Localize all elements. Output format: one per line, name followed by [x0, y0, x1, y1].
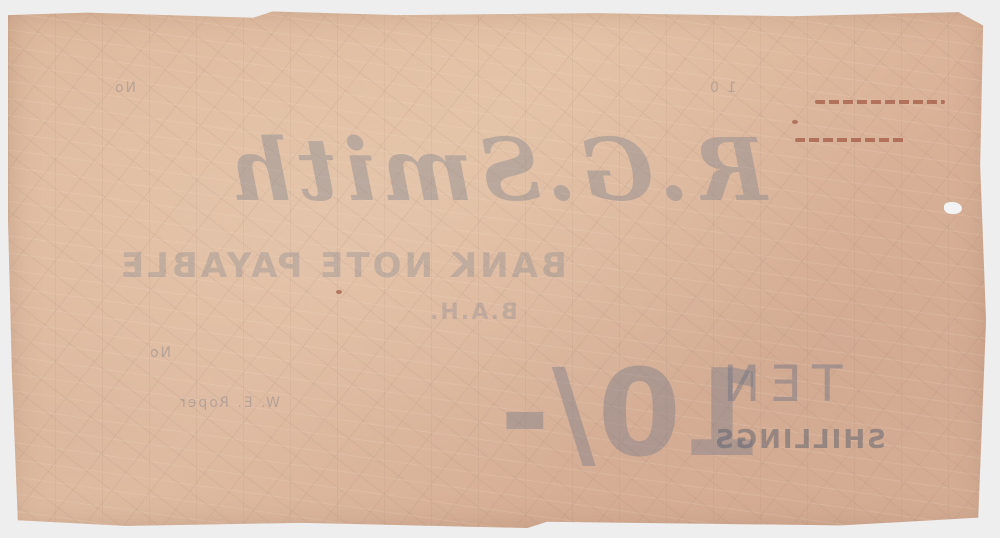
ghost-amount-word: TEN	[713, 355, 843, 413]
ink-spot	[792, 120, 798, 124]
ghost-band-text: BANK NOTE PAYABLE	[118, 246, 567, 286]
banknote-paper: No 1 0 R.G.Smith BANK NOTE PAYABLE B.A.H…	[8, 10, 988, 528]
ghost-signature-line: W. E. Roper	[178, 395, 280, 411]
ghost-top-left-text: No	[113, 80, 136, 96]
ink-spot	[336, 290, 342, 294]
ghost-unit-word: SHILLINGS	[713, 425, 886, 455]
ghost-title-text: R.G.Smith	[223, 120, 767, 221]
red-stamp-line-1	[815, 100, 945, 104]
ghost-number-left: No	[148, 345, 171, 361]
ghost-top-right-text: 1 0	[708, 80, 736, 96]
ghost-sub-text: B.A.H.	[428, 300, 518, 325]
paper-tear	[944, 202, 962, 214]
red-stamp-line-2	[795, 138, 905, 142]
